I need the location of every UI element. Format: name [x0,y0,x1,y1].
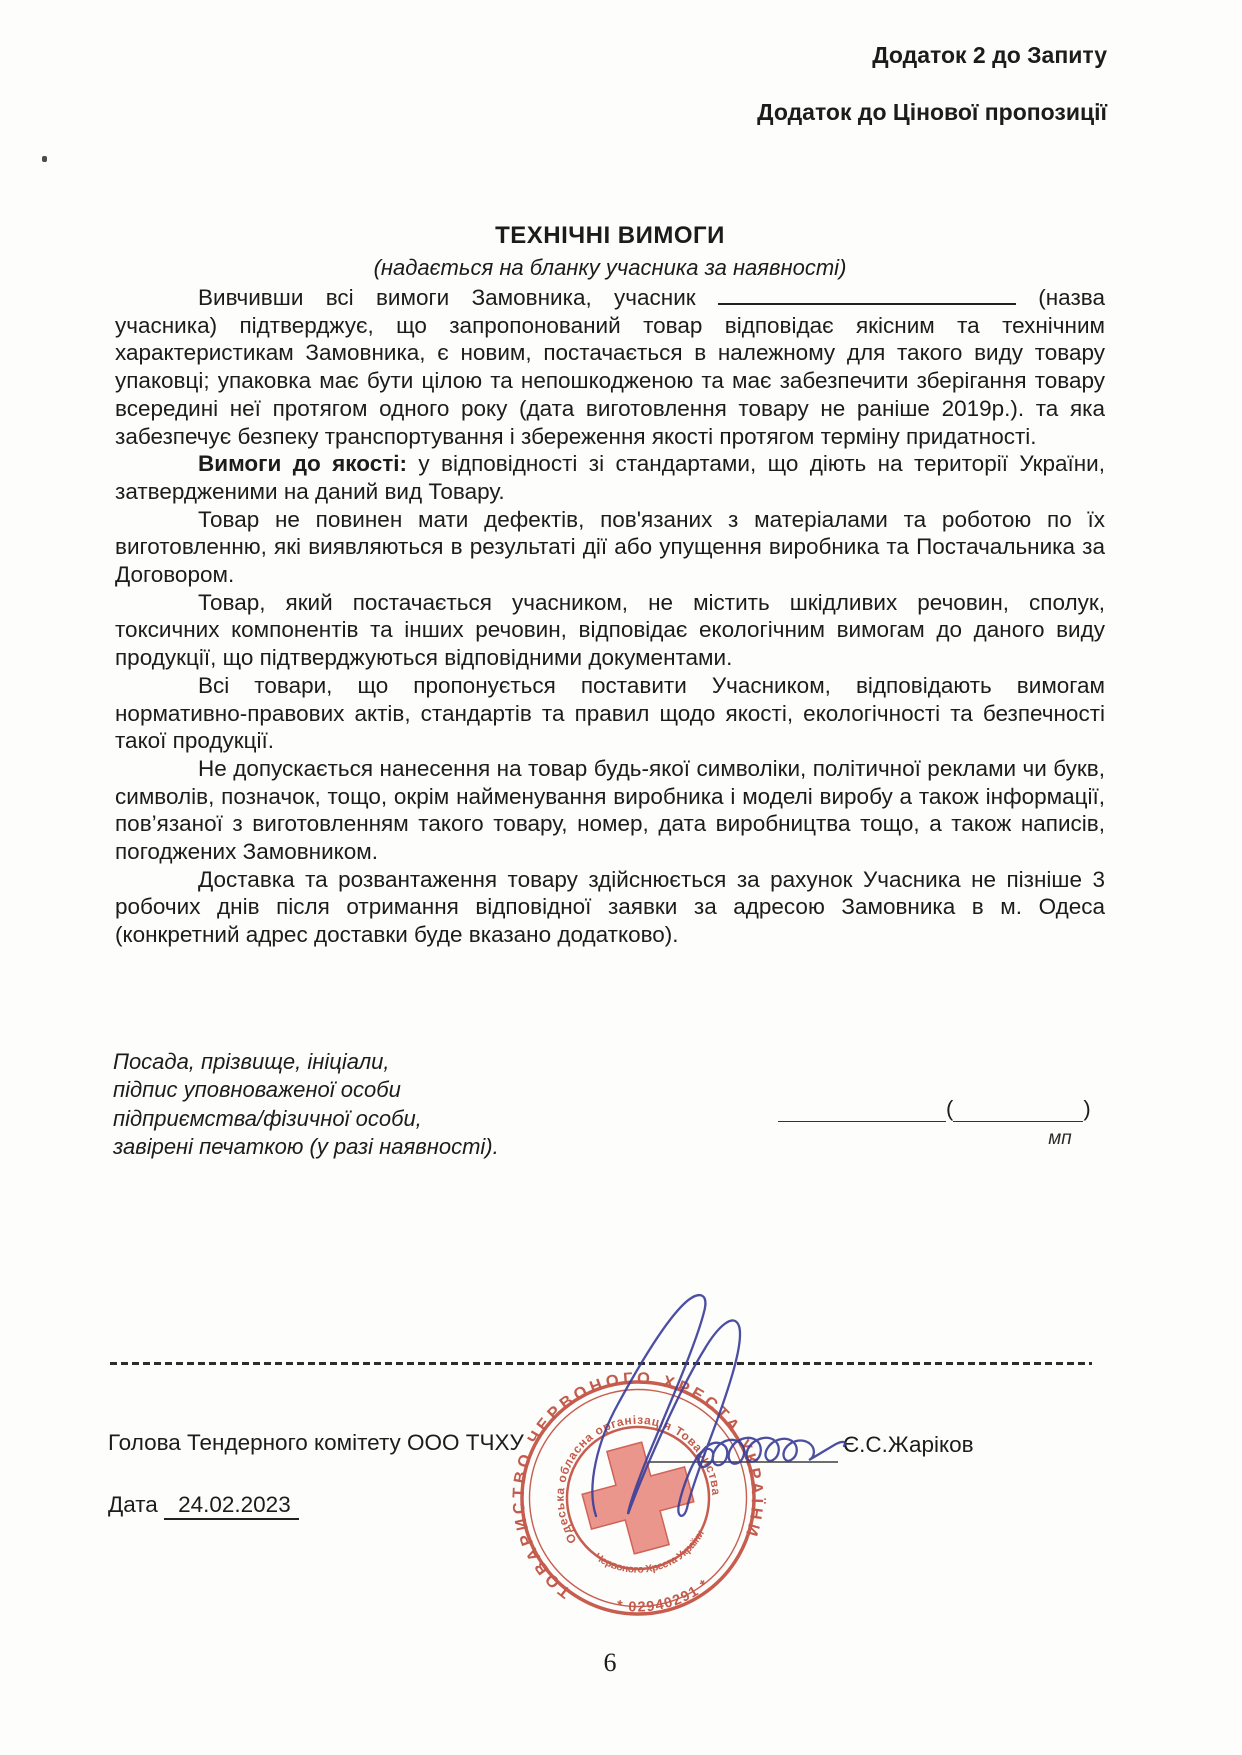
signature-note-block: Посада, прізвище, ініціали, підпис уповн… [113,1048,499,1162]
appendix-header-line1: Додаток 2 до Запиту [872,42,1107,69]
date-value: 24.02.2023 [164,1492,299,1520]
stamp-outer-inner-circle [505,1365,771,1631]
stamp-inner-ring-top-text: Одеська обласна організація Товариства [533,1394,727,1548]
signature-note-line1: Посада, прізвище, ініціали, [113,1048,499,1076]
red-cross-society-stamp: ТОВАРИСТВО ЧЕРВОНОГО ХРЕСТА УКРАЇНИ * 02… [481,1341,792,1645]
signature-blank-segment [778,1099,946,1122]
paragraph-2: Вимоги до якості: у відповідності зі ста… [115,450,1105,505]
date-label: Дата [108,1492,158,1517]
paragraph-7: Доставка та розвантаження товару здійсню… [115,866,1105,949]
document-body: Вивчивши всі вимоги Замовника, учасник (… [115,284,1105,949]
svg-text:* 02940291 *: * 02940291 * [611,1573,715,1625]
seal-place-abbr: мп [1010,1128,1110,1150]
paragraph-6: Не допускається нанесення на товар будь-… [115,755,1105,866]
signer-name: Є.С.Жаріков [843,1432,974,1458]
svg-text:Червоного Хреста України: Червоного Хреста України [590,1523,713,1589]
signature-note-line2: підпис уповноваженої особи [113,1076,499,1104]
paren-close: ) [1083,1096,1090,1121]
scanned-document-page: Додаток 2 до Запиту Додаток до Цінової п… [0,0,1242,1755]
stamp-inner-ring-bottom-text: Червоного Хреста України [590,1523,713,1589]
paragraph-1: Вивчивши всі вимоги Замовника, учасник (… [115,284,1105,450]
initials-blank-segment [953,1099,1083,1122]
stamp-inner-circle [551,1411,725,1585]
handwritten-signature [592,1295,844,1516]
red-cross-icon [573,1433,703,1563]
paragraph-4: Товар, який постачається учасником, не м… [115,589,1105,672]
page-number: 6 [560,1648,660,1678]
stamp-outer-circle [496,1356,780,1640]
signature-note-line4: завірені печаткою (у разі наявності). [113,1133,499,1161]
dashed-separator-line [110,1362,1092,1365]
signature-note-line3: підприємства/фізичної особи, [113,1105,499,1133]
signature-blank-line: () [778,1096,1091,1122]
date-row: Дата 24.02.2023 [108,1492,299,1518]
paragraph-3: Товар не повинен мати дефектів, пов'язан… [115,506,1105,589]
scan-artifact-dot [42,156,47,162]
participant-name-blank-line [718,299,1016,305]
paren-open: ( [946,1096,953,1121]
quality-requirements-label: Вимоги до якості: [198,451,407,476]
svg-text:Одеська обласна організація То: Одеська обласна організація Товариства [533,1394,727,1548]
paragraph-5: Всі товари, що пропонується поставити Уч… [115,672,1105,755]
stamp-registration-number: * 02940291 * [611,1573,715,1625]
document-subtitle: (надається на бланку учасника за наявнос… [115,255,1105,281]
appendix-header-line2: Додаток до Цінової пропозиції [757,99,1107,126]
paragraph-1-lead: Вивчивши всі вимоги Замовника, учасник [198,285,696,310]
svg-text:ТОВАРИСТВО ЧЕРВОНОГО ХРЕСТА УК: ТОВАРИСТВО ЧЕРВОНОГО ХРЕСТА УКРАЇНИ [481,1341,783,1609]
tender-committee-line: Голова Тендерного комітету ООО ТЧХУ [108,1430,524,1456]
stamp-outer-ring-text: ТОВАРИСТВО ЧЕРВОНОГО ХРЕСТА УКРАЇНИ [481,1341,783,1609]
document-title: ТЕХНІЧНІ ВИМОГИ [115,222,1105,250]
